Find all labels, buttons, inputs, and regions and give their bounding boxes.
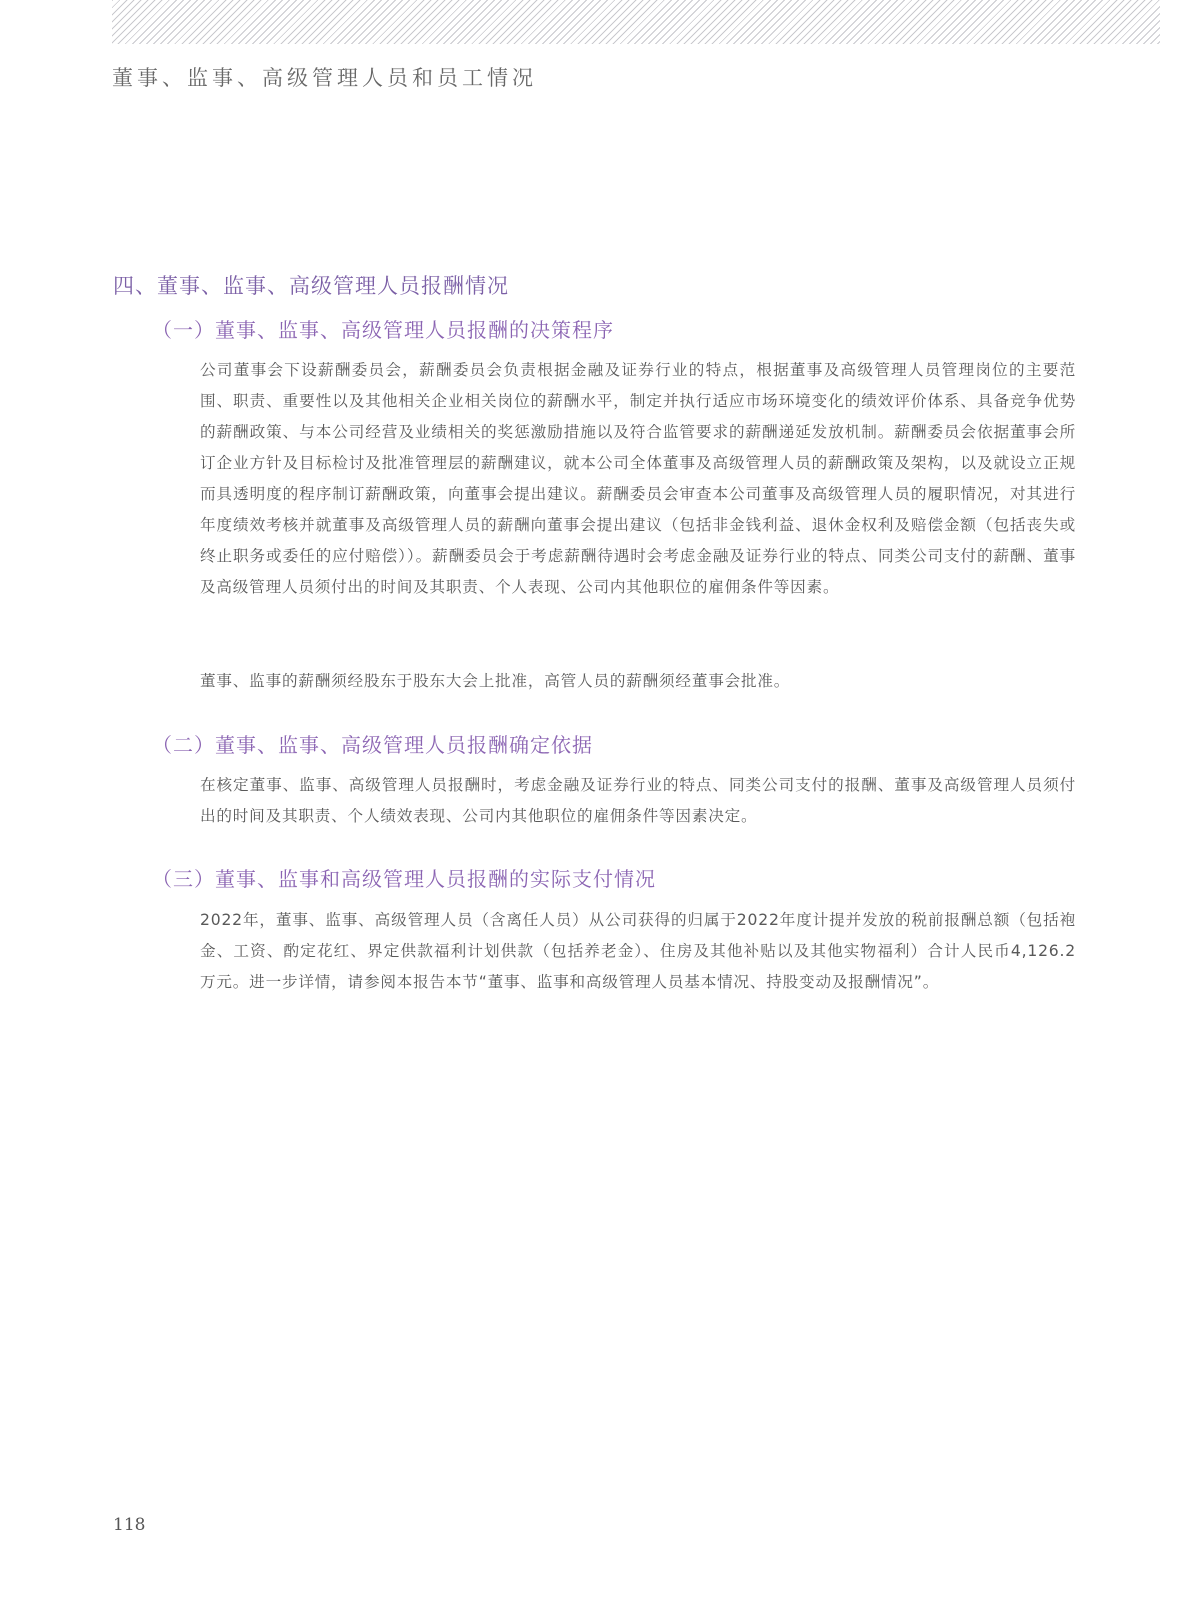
subsection-title-determination-basis: （二）董事、监事、高级管理人员报酬确定依据	[152, 729, 593, 758]
paragraph-determination-basis: 在核定董事、监事、高级管理人员报酬时，考虑金融及证券行业的特点、同类公司支付的报…	[200, 770, 1076, 832]
paragraph-actual-payment: 2022年，董事、监事、高级管理人员（含离任人员）从公司获得的归属于2022年度…	[200, 905, 1076, 998]
paragraph-approval: 董事、监事的薪酬须经股东于股东大会上批准，高管人员的薪酬须经董事会批准。	[200, 666, 1076, 697]
page-number: 118	[113, 1515, 145, 1535]
subsection-title-actual-payment: （三）董事、监事和高级管理人员报酬的实际支付情况	[152, 863, 656, 892]
subsection-title-decision-procedure: （一）董事、监事、高级管理人员报酬的决策程序	[152, 314, 614, 343]
decorative-header-stripe	[112, 0, 1160, 44]
paragraph-decision-procedure: 公司董事会下设薪酬委员会，薪酬委员会负责根据金融及证券行业的特点，根据董事及高级…	[200, 355, 1076, 603]
section-title: 四、董事、监事、高级管理人员报酬情况	[113, 270, 509, 300]
running-header-title: 董事、监事、高级管理人员和员工情况	[112, 62, 537, 92]
